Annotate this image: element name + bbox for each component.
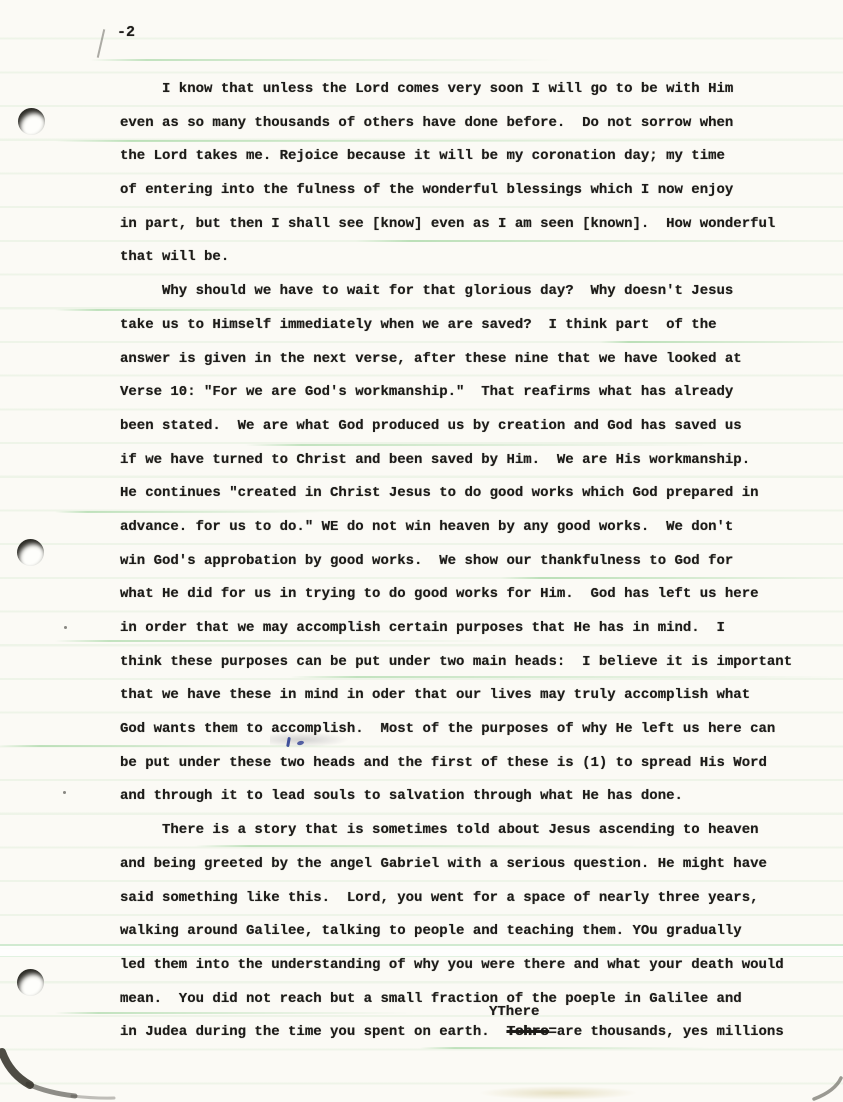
typed-line: God wants them to accomplish. Most of th… xyxy=(120,713,792,747)
typed-line: think these purposes can be put under tw… xyxy=(120,646,792,680)
paper-stain xyxy=(478,1086,638,1100)
typed-line: and through it to lead souls to salvatio… xyxy=(120,780,792,814)
typed-line: take us to Himself immediately when we a… xyxy=(120,309,792,343)
scanned-document-page: -2 I know that unless the Lord comes ver… xyxy=(0,0,843,1102)
typed-text: =are thousands, yes millions xyxy=(548,1024,783,1040)
typed-line: in part, but then I shall see [know] eve… xyxy=(120,208,792,242)
pencil-mark xyxy=(97,29,105,58)
typed-line: in Judea during the time you spent on ea… xyxy=(120,1016,792,1050)
gray-smudge xyxy=(270,732,348,747)
typed-line: win God's approbation by good works. We … xyxy=(120,545,792,579)
hole-punch-bottom xyxy=(17,969,44,996)
typed-line: said something like this. Lord, you went… xyxy=(120,882,792,916)
typed-line: if we have turned to Christ and been sav… xyxy=(120,444,792,478)
typed-line: in order that we may accomplish certain … xyxy=(120,612,792,646)
typed-line: that will be. xyxy=(120,241,792,275)
typed-text: in Judea during the time you spent on ea… xyxy=(120,1024,506,1040)
typed-line: even as so many thousands of others have… xyxy=(120,107,792,141)
typed-line: the Lord takes me. Rejoice because it wi… xyxy=(120,140,792,174)
typed-line: that we have these in mind in oder that … xyxy=(120,679,792,713)
page-corner-shadow-bottom-right xyxy=(809,1076,843,1102)
typed-line: led them into the understanding of why y… xyxy=(120,949,792,983)
typed-line: There is a story that is sometimes told … xyxy=(120,814,792,848)
typed-line: answer is given in the next verse, after… xyxy=(120,343,792,377)
typed-line: I know that unless the Lord comes very s… xyxy=(120,73,792,107)
typed-line: Why should we have to wait for that glor… xyxy=(120,275,792,309)
page-corner-shadow-bottom-left xyxy=(0,1040,120,1102)
typed-line: Verse 10: "For we are God's workmanship.… xyxy=(120,376,792,410)
typed-lines: I know that unless the Lord comes very s… xyxy=(120,73,792,1050)
typed-line: and being greeted by the angel Gabriel w… xyxy=(120,848,792,882)
typed-line: He continues "created in Christ Jesus to… xyxy=(120,477,792,511)
ink-speck xyxy=(64,626,67,629)
typed-line: be put under these two heads and the fir… xyxy=(120,747,792,781)
typed-line: been stated. We are what God produced us… xyxy=(120,410,792,444)
struck-word: Tehre xyxy=(506,1024,548,1040)
ink-speck xyxy=(63,791,66,794)
inserted-correction: YThere xyxy=(489,1003,539,1021)
hole-punch-middle xyxy=(17,539,44,566)
page-number: -2 xyxy=(117,23,135,43)
typed-line: what He did for us in trying to do good … xyxy=(120,578,792,612)
ruled-line xyxy=(90,59,560,61)
typed-line: walking around Galilee, talking to peopl… xyxy=(120,915,792,949)
typed-line: mean. You did not reach but a small frac… xyxy=(120,983,792,1017)
hole-punch-top xyxy=(18,108,45,135)
typed-line: advance. for us to do." WE do not win he… xyxy=(120,511,792,545)
typed-line: of entering into the fulness of the wond… xyxy=(120,174,792,208)
